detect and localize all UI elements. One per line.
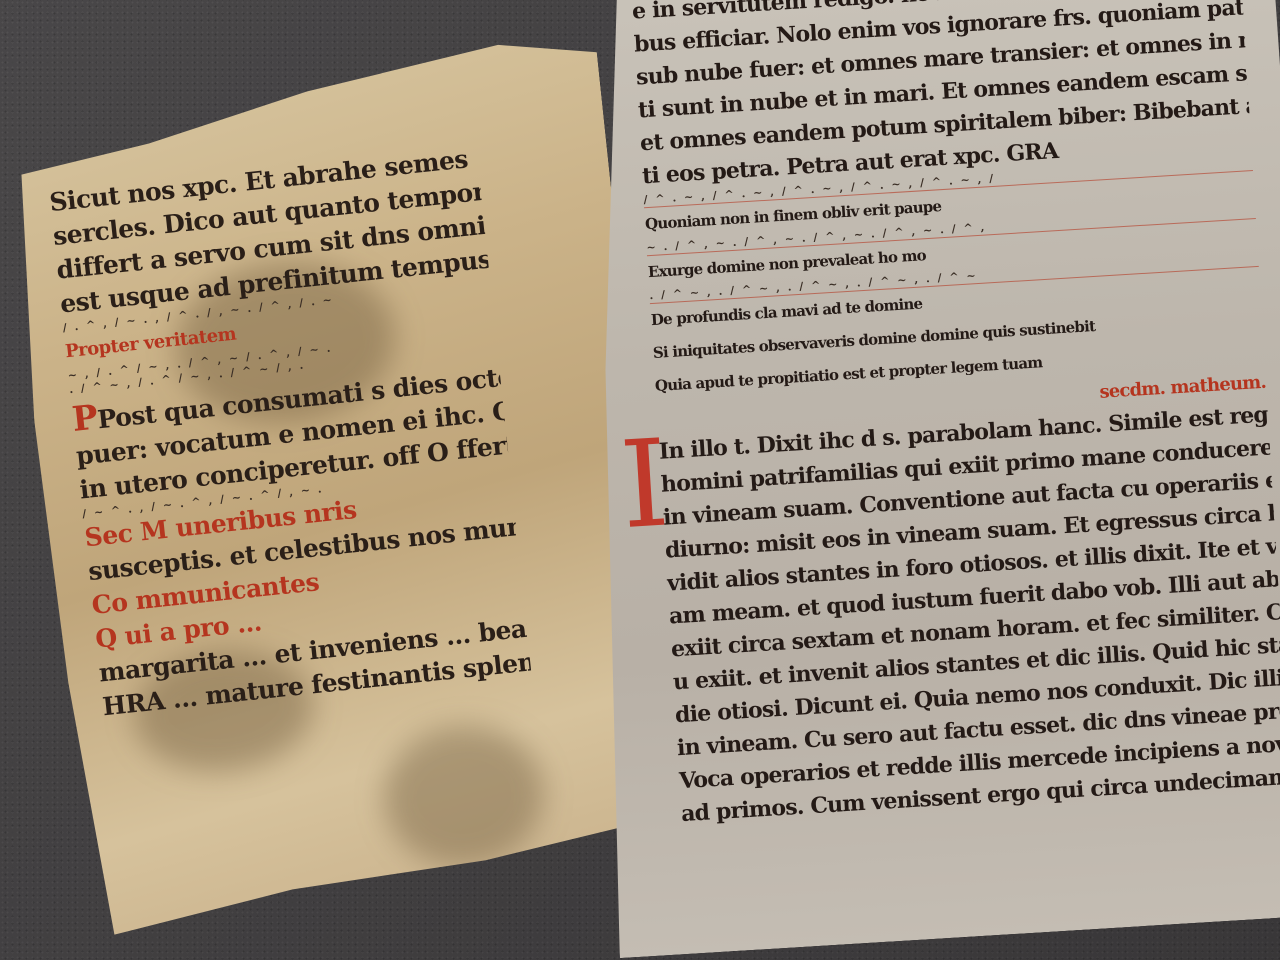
right-fragment-text: e in servitutem redigo. ne forte cu alii… — [631, 0, 1280, 831]
decorated-initial: I — [617, 424, 672, 547]
right-manuscript-fragment: xxvj e in servitutem redigo. ne forte cu… — [560, 0, 1280, 958]
left-fragment-text: Sicut nos xpc. Et abrahe semes sercles. … — [48, 141, 532, 724]
